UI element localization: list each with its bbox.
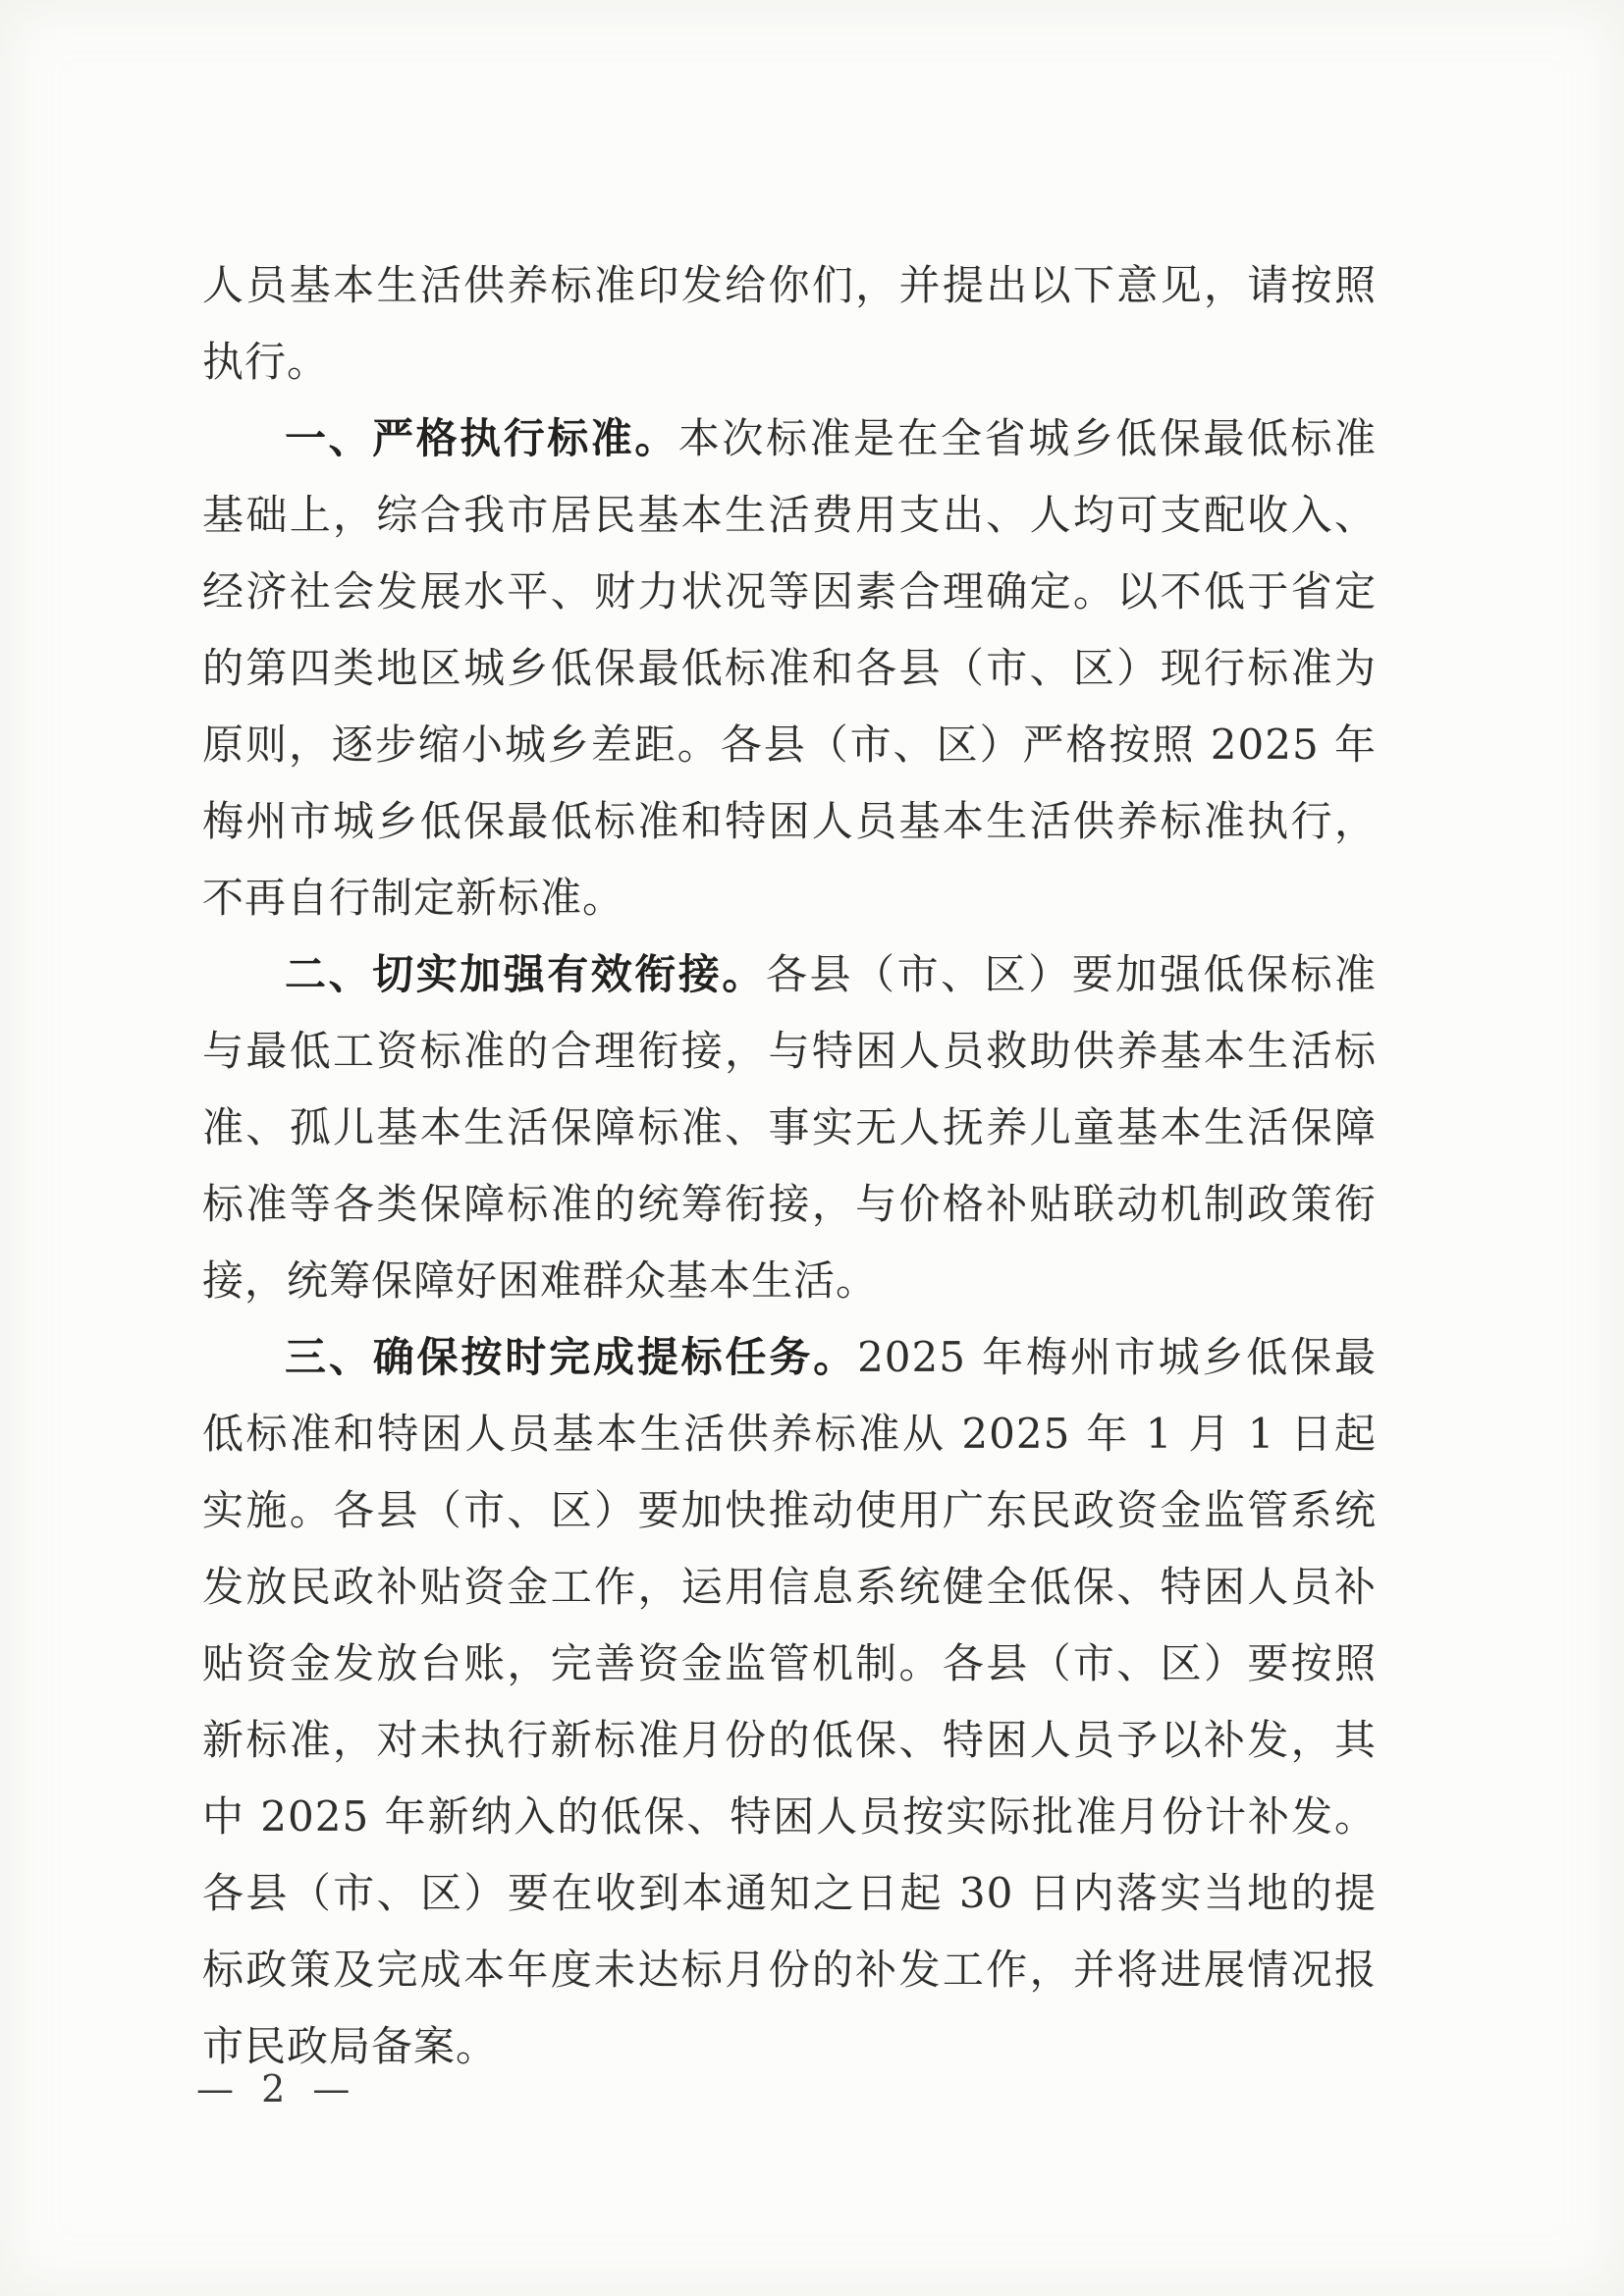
- section-2-body-text: 各县（市、区）要加强低保标准与最低工资标准的合理衔接，与特困人员救助供养基本生活…: [202, 950, 1377, 1305]
- paragraph-section-3: 三、确保按时完成提标任务。2025 年梅州市城乡低保最低标准和特困人员基本生活供…: [202, 1319, 1377, 2085]
- paragraph-section-2: 二、切实加强有效衔接。各县（市、区）要加强低保标准与最低工资标准的合理衔接，与特…: [202, 936, 1377, 1319]
- paragraph-continuation-text: 人员基本生活供养标准印发给你们，并提出以下意见，请按照执行。: [202, 261, 1377, 386]
- document-page: 人员基本生活供养标准印发给你们，并提出以下意见，请按照执行。 一、严格执行标准。…: [0, 0, 1624, 2296]
- paragraph-continuation: 人员基本生活供养标准印发给你们，并提出以下意见，请按照执行。: [202, 247, 1377, 400]
- document-body: 人员基本生活供养标准印发给你们，并提出以下意见，请按照执行。 一、严格执行标准。…: [202, 247, 1377, 2085]
- page-number: — 2 —: [196, 2059, 357, 2118]
- section-2-heading: 二、切实加强有效衔接。: [285, 950, 766, 998]
- page-number-label: — 2 —: [196, 2067, 357, 2110]
- section-3-heading: 三、确保按时完成提标任务。: [285, 1333, 857, 1381]
- section-1-body-text: 本次标准是在全省城乡低保最低标准基础上，综合我市居民基本生活费用支出、人均可支配…: [202, 414, 1377, 922]
- section-1-heading: 一、严格执行标准。: [285, 414, 678, 462]
- paragraph-section-1: 一、严格执行标准。本次标准是在全省城乡低保最低标准基础上，综合我市居民基本生活费…: [202, 400, 1377, 936]
- section-3-body-text: 2025 年梅州市城乡低保最低标准和特困人员基本生活供养标准从 2025 年 1…: [202, 1333, 1377, 2070]
